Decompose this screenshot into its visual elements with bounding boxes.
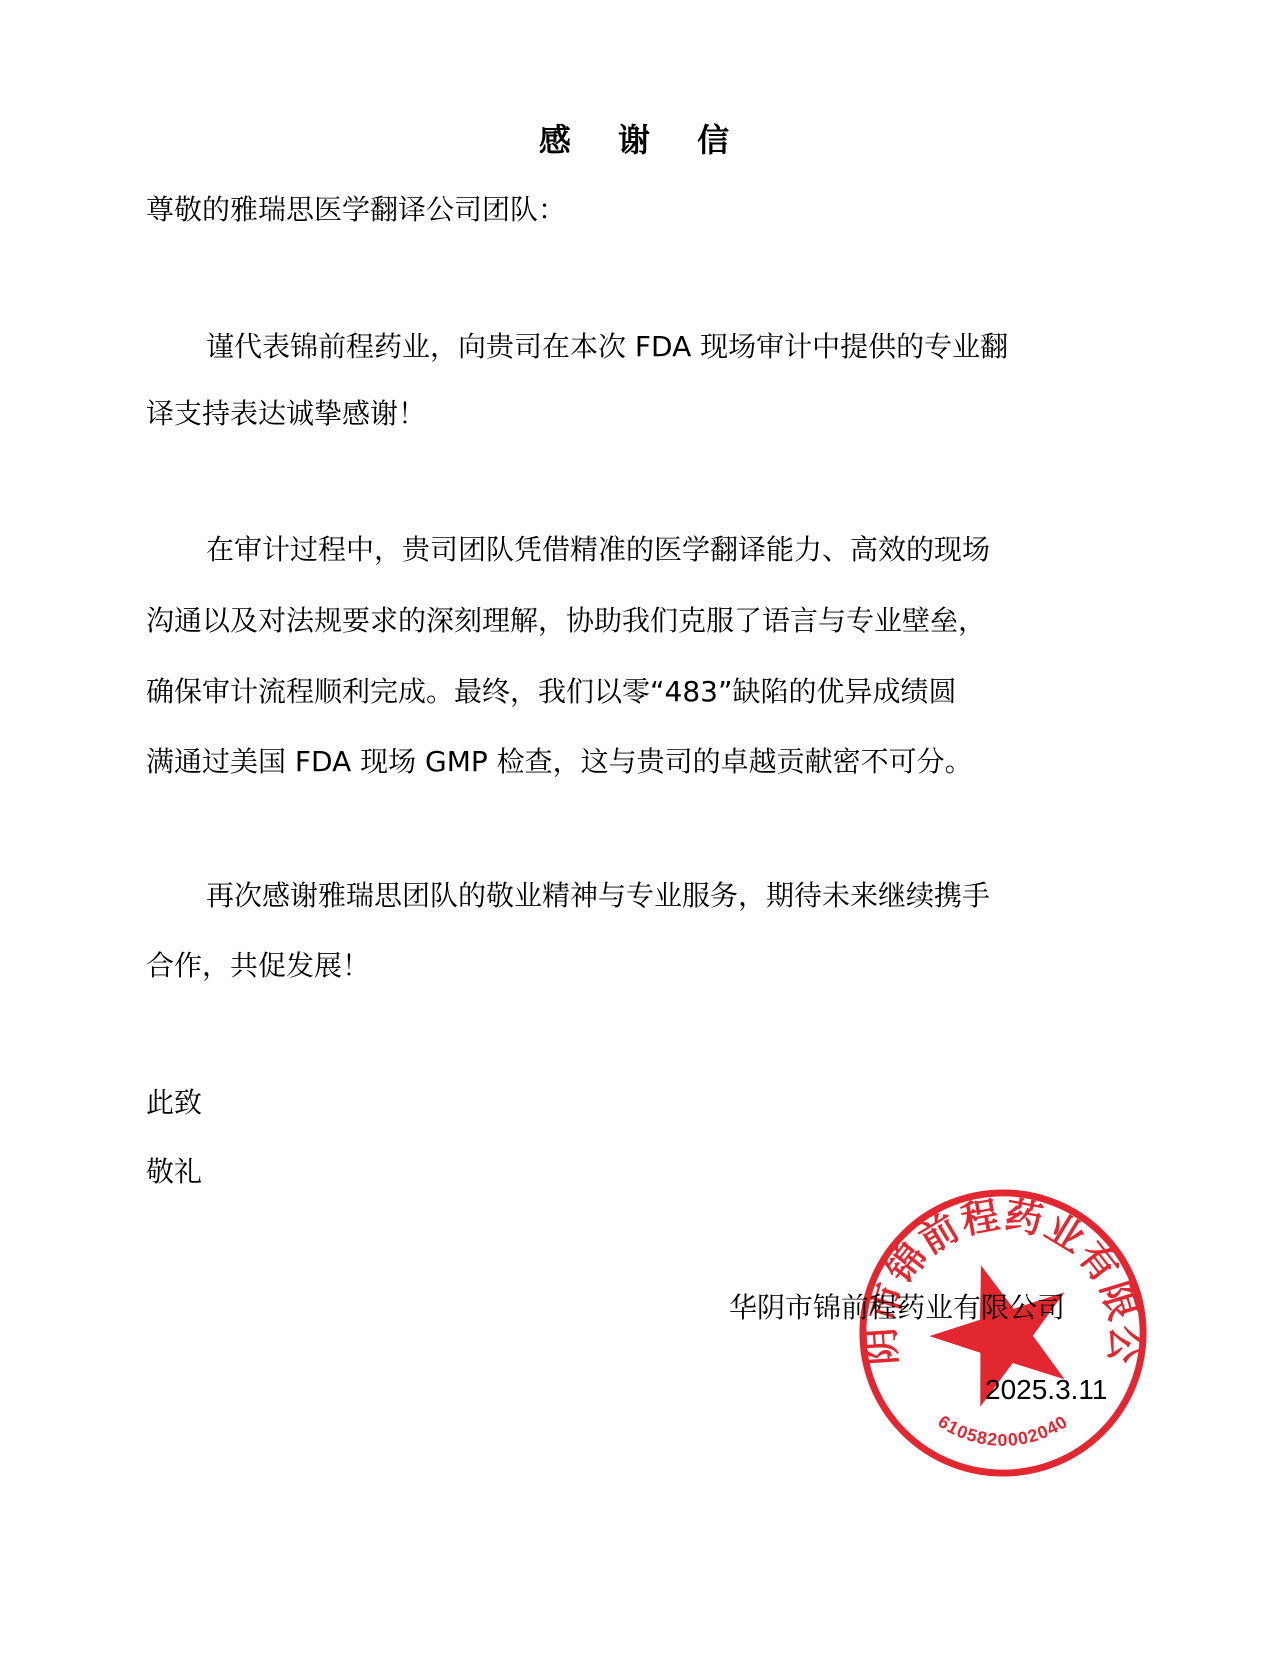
salutation: 尊敬的雅瑞思医学翻译公司团队：	[146, 190, 566, 230]
paragraph-3-line-1: 再次感谢雅瑞思团队的敬业精神与专业服务，期待未来继续携手	[206, 876, 990, 916]
paragraph-2-line-3: 确保审计流程顺利完成。最终，我们以零“483”缺陷的优异成绩圆	[146, 672, 956, 712]
paragraph-1-line-2: 译支持表达诚挚感谢！	[146, 394, 426, 434]
paragraph-1-line-1: 谨代表锦前程药业，向贵司在本次 FDA 现场审计中提供的专业翻	[206, 327, 1008, 367]
paragraph-2-line-2: 沟通以及对法规要求的深刻理解，协助我们克服了语言与专业壁垒，	[146, 601, 986, 641]
closing-line-1: 此致	[146, 1083, 202, 1123]
letter-page: 感 谢 信 尊敬的雅瑞思医学翻译公司团队： 谨代表锦前程药业，向贵司在本次 FD…	[0, 0, 1268, 1655]
star-icon	[913, 1243, 1090, 1415]
letter-title: 感 谢 信	[0, 118, 1268, 162]
paragraph-2-line-1: 在审计过程中，贵司团队凭借精准的医学翻译能力、高效的现场	[206, 530, 990, 570]
company-seal: 华阴市锦前程药业有限公司 6105820002040	[855, 1185, 1151, 1481]
closing-line-2: 敬礼	[146, 1152, 202, 1192]
paragraph-3-line-2: 合作，共促发展！	[146, 946, 370, 986]
svg-text:6105820002040: 6105820002040	[935, 1411, 1072, 1450]
seal-code-text: 6105820002040	[935, 1411, 1072, 1450]
paragraph-2-line-4: 满通过美国 FDA 现场 GMP 检查，这与贵司的卓越贡献密不可分。	[146, 742, 973, 782]
